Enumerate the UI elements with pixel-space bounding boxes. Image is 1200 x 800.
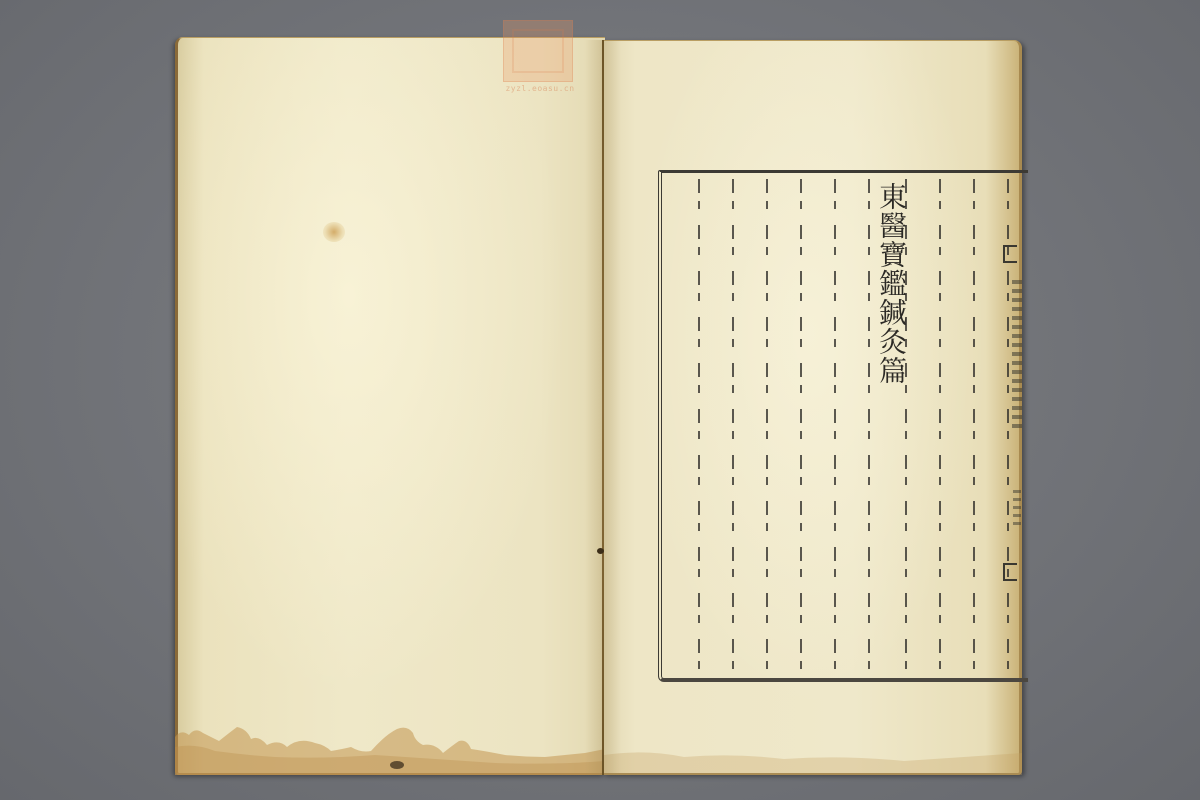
bleed-through-text (1013, 490, 1021, 530)
watermark-seal (503, 20, 573, 82)
watermark-text: zyzl.eoasu.cn (495, 84, 585, 93)
column-rule (698, 179, 700, 673)
printed-frame (658, 170, 1028, 682)
open-book: zyzl.eoasu.cn 東醫寶鑑鍼灸篇 (0, 0, 1200, 800)
left-page (175, 37, 605, 775)
book-title: 東醫寶鑑鍼灸篇 (868, 182, 906, 385)
column-rule (939, 179, 941, 673)
column-rule (766, 179, 768, 673)
column-rule (800, 179, 802, 673)
binding-thread-mark (597, 548, 604, 554)
fish-tail-mark-bottom (1003, 563, 1017, 581)
fish-tail-mark-top (1003, 245, 1017, 263)
foxing-spot (323, 222, 345, 242)
column-rule (732, 179, 734, 673)
column-rule (973, 179, 975, 673)
book-gutter (602, 40, 604, 775)
column-rule (834, 179, 836, 673)
bleed-through-text (1012, 280, 1022, 430)
